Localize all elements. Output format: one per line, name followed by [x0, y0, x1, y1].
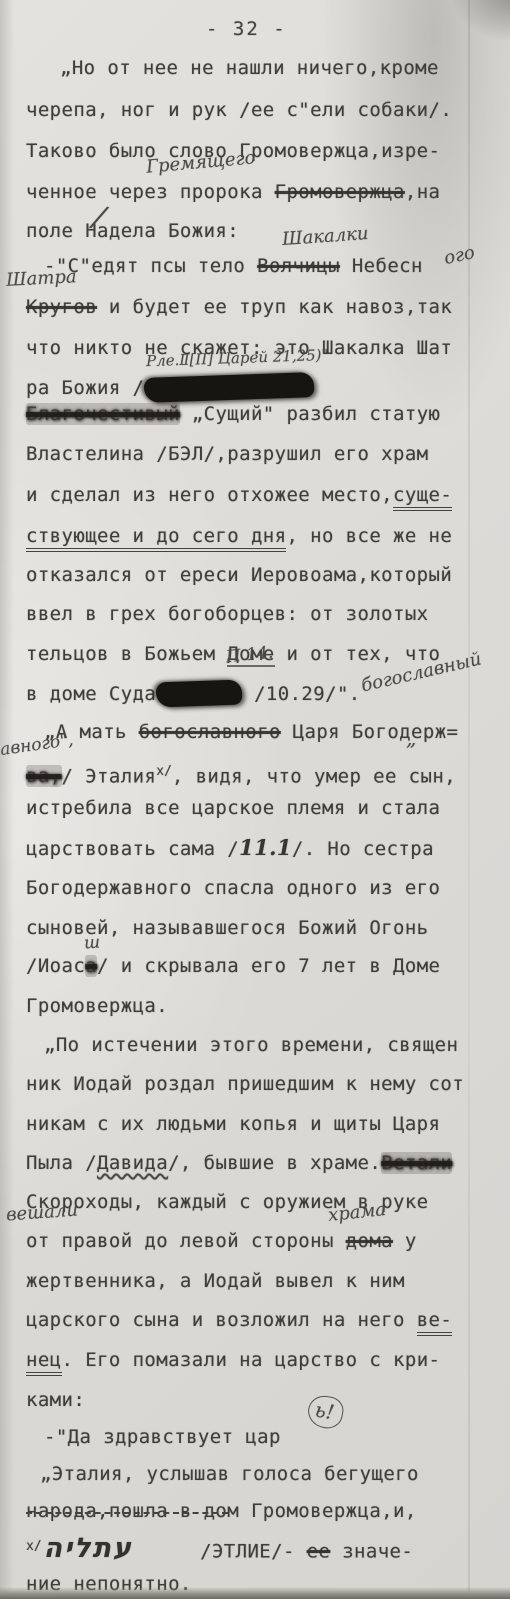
handwritten-annotation: храма: [327, 1199, 387, 1226]
typed-text: „По истечении этого времени, священ: [44, 1034, 458, 1056]
typed-text: царского сына и возложил на него: [26, 1309, 417, 1331]
typed-text: , но все же не: [286, 525, 452, 547]
typed-text: /ЭТЛИЕ/-: [141, 1540, 307, 1562]
struck-text: дома: [346, 1230, 393, 1252]
typed-text: ченное через пророка: [26, 181, 275, 203]
typed-text: ввел в грех богоборцев: от золотых: [26, 603, 429, 625]
text-line: от правой до левой стороны дома у: [26, 1228, 417, 1254]
typed-text: в доме Суда: [26, 683, 156, 705]
text-line: черепа, ног и рук /ее с"ели собаки/.: [26, 97, 452, 123]
text-line: „А мать богославного Царя Богодерж=: [44, 719, 458, 745]
typed-text: /, бывшие в храме.: [168, 1152, 381, 1174]
text-line: Благочестивый „Сущий" разбил статую: [26, 401, 440, 427]
typed-text: Давида: [97, 1152, 168, 1174]
handwritten-annotation: ь!: [305, 1393, 345, 1431]
text-line: Богодержавного спасла одного из его: [26, 875, 440, 901]
typed-text: царствовать сама /: [26, 838, 239, 860]
typed-text: ,на: [405, 181, 441, 203]
typed-text: отказался от ереси Иеровоама,который: [26, 564, 452, 586]
typed-text: у: [393, 1230, 417, 1252]
text-line: ками:: [26, 1387, 85, 1413]
typed-text: черепа, ног и рук /ее с"ели собаки/.: [26, 99, 452, 121]
typed-text: Властелина /БЭЛ/,разрушил его храм: [26, 443, 429, 465]
typed-text: „Сущий" разбил статую: [180, 403, 440, 425]
hebrew-handwriting: עתליה: [44, 1533, 133, 1564]
struck-text: богославного: [139, 721, 281, 743]
handwritten-annotation: ого: [442, 242, 476, 269]
text-line: и сделал из него отхожее место,суще-: [26, 482, 452, 508]
paper-crease: [468, 0, 470, 1599]
struck-text: Ветали: [381, 1152, 452, 1174]
text-line: -"С"едят псы тело Волчицы Небесн: [44, 253, 423, 279]
text-line: никам с их людьми копья и щиты Царя: [26, 1111, 440, 1137]
paper-corner-smudge: [450, 0, 510, 44]
typed-text: и от тех, что: [275, 643, 441, 665]
typed-text: Царя Богодерж=: [281, 721, 459, 743]
typed-text: суще-: [393, 484, 452, 511]
struck-text: ее: [307, 1540, 331, 1562]
typed-text: „Но от нее не нашли ничего,кроме: [60, 57, 439, 79]
text-line: Кругов и будет ее труп как навоз,так: [26, 294, 452, 320]
struck-text: Благочестивый: [26, 403, 180, 425]
typed-text: Громовержца.: [26, 995, 168, 1017]
typed-text: Богодержавного спасла одного из его: [26, 877, 440, 899]
handwritten-annotation: Шатра: [5, 266, 77, 291]
text-line: ра Божия /: [26, 375, 314, 401]
text-line: ввел в грех богоборцев: от золотых: [26, 601, 429, 627]
text-line: „Эталия, услышав голоса бегущего: [40, 1461, 419, 1487]
typed-text: , видя, что умер ее сын,: [172, 765, 456, 787]
struck-text: Волчицы: [257, 255, 340, 277]
typed-text: ра Божия /: [26, 377, 144, 399]
typed-text: / и скрывала его 7 лет в Доме: [97, 955, 440, 977]
struck-text: Кругов: [26, 296, 97, 318]
text-line: Громовержца.: [26, 993, 168, 1019]
struck-text: Громовержца: [275, 181, 405, 203]
typed-text: х/: [156, 764, 172, 779]
handwritten-inline-text: 11.1: [239, 835, 292, 860]
footnote-separator: [26, 1512, 228, 1514]
typed-text: ствующее и до сего дня: [26, 525, 286, 552]
ink-blot: [156, 680, 243, 708]
paper-bottom-edge: [0, 1587, 510, 1599]
typed-text: значе-: [330, 1540, 413, 1562]
handwritten-annotation: „: [406, 726, 416, 750]
handwritten-annotation: вешали: [5, 1200, 78, 1226]
typed-text: народа,пошла в дом Громовержца,и,: [26, 1500, 417, 1522]
text-line: Пыла /Давида/, бывшие в храме.Ветали: [26, 1150, 452, 1176]
struck-text: ва,: [26, 765, 62, 787]
typed-text: Небесн: [340, 255, 423, 277]
typed-text: ве-: [417, 1309, 453, 1336]
typed-text: поле Надела Божия:: [26, 220, 239, 242]
typed-text: -"Да здравствует цар: [44, 1426, 281, 1448]
text-line: в доме Суда /10.29/".: [26, 681, 361, 707]
text-line: /Иоаса/ и скрывала его 7 лет в Доме: [26, 953, 440, 979]
typed-text: ник Иодай роздал пришедшим к нему сот: [26, 1073, 464, 1095]
text-line: ствующее и до сего дня, но все же не: [26, 523, 452, 549]
ink-blot: [144, 372, 315, 403]
typed-text: никам с их людьми копья и щиты Царя: [26, 1113, 440, 1135]
text-line: „По истечении этого времени, священ: [44, 1032, 458, 1058]
typed-text: /10.29/".: [242, 683, 360, 705]
typed-text: Пыла /: [26, 1152, 97, 1174]
handwritten-annotation: Шакалки: [281, 223, 369, 250]
typed-text: и сделал из него отхожее место,: [26, 484, 393, 506]
typed-text: тельцов в Божьем: [26, 643, 227, 665]
handwritten-annotation: ш: [83, 932, 100, 953]
struck-text: а: [85, 955, 97, 977]
text-line: Властелина /БЭЛ/,разрушил его храм: [26, 441, 429, 467]
typed-text: и будет ее труп как навоз,так: [97, 296, 452, 318]
typed-text: . Его помазали на царство с кри-: [62, 1349, 441, 1371]
page-number: - 32 -: [206, 18, 287, 40]
typed-text: / Эталия: [62, 765, 157, 787]
text-line: -"Да здравствует цар: [44, 1424, 281, 1450]
text-line: народа,пошла в дом Громовержца,и,: [26, 1498, 417, 1524]
document-page: - 32 - „Но от нее не нашли ничего,кромеч…: [0, 0, 510, 1599]
text-line: x/עתליה /ЭТЛИЕ/- ее значе-: [26, 1534, 413, 1564]
paper-edge-shadow: [0, 0, 14, 1599]
text-line: ва,/ Эталиях/, видя, что умер ее сын,: [26, 759, 456, 789]
typed-text: /Иоас: [26, 955, 85, 977]
typed-text: истребила все царское племя и стала: [26, 797, 440, 819]
text-line: ник Иодай роздал пришедшим к нему сот: [26, 1071, 464, 1097]
text-line: царского сына и возложил на него ве-: [26, 1307, 452, 1333]
text-line: истребила все царское племя и стала: [26, 795, 440, 821]
text-line: „Но от нее не нашли ничего,кроме: [60, 55, 439, 81]
typed-text: от правой до левой стороны: [26, 1230, 346, 1252]
text-line: нец. Его помазали на царство с кри-: [26, 1347, 440, 1373]
text-line: поле Надела Божия:: [26, 218, 239, 244]
text-line: ченное через пророка Громовержца,на: [26, 179, 440, 205]
typed-text: нец: [26, 1349, 62, 1376]
typed-text: жертвенника, а Иодай вывел к ним: [26, 1270, 405, 1292]
text-line: отказался от ереси Иеровоама,который: [26, 562, 452, 588]
text-line: жертвенника, а Иодай вывел к ним: [26, 1268, 405, 1294]
text-line: царствовать сама /11.1/. Но сестра: [26, 835, 434, 862]
typed-text: ками:: [26, 1389, 85, 1411]
typed-text: /. Но сестра: [292, 838, 434, 860]
typed-text: „Эталия, услышав голоса бегущего: [40, 1463, 419, 1485]
typed-text: x/: [26, 1539, 42, 1554]
